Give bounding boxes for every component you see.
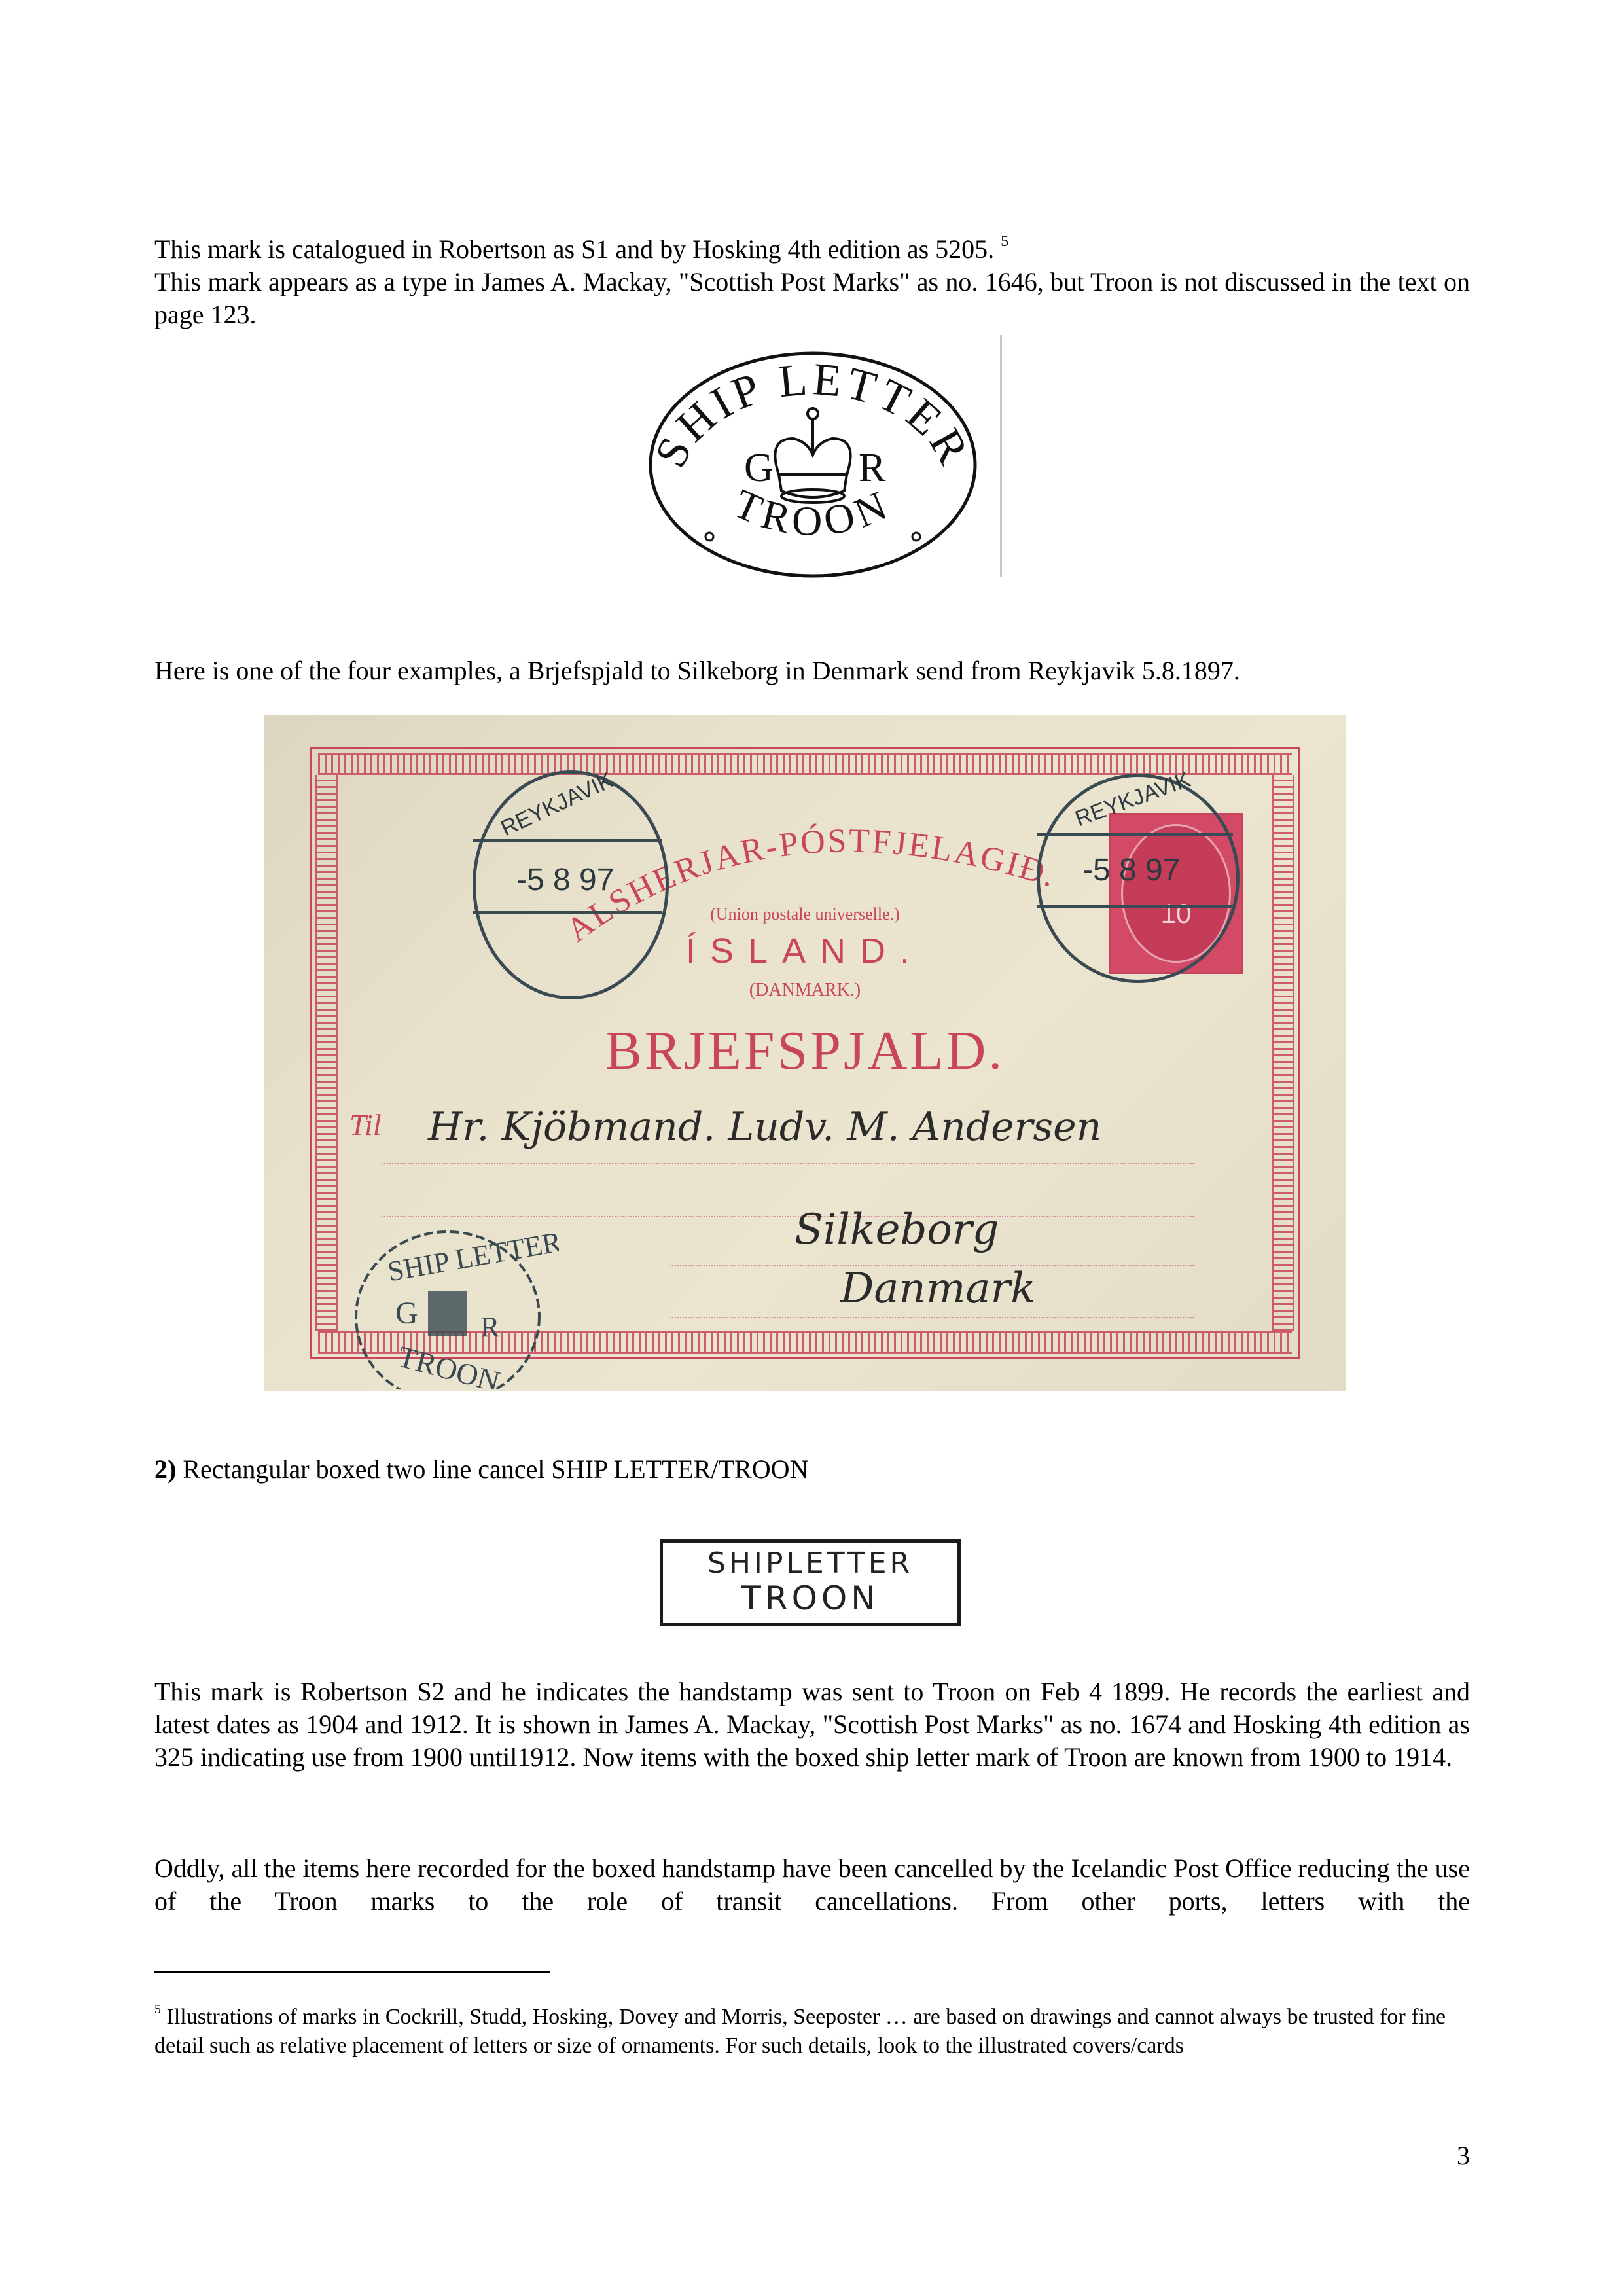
section-2-heading: 2) Rectangular boxed two line cancel SHI… (154, 1453, 1470, 1486)
robertson-s2-paragraph: This mark is Robertson S2 and he indicat… (154, 1676, 1470, 1774)
footnote-number: 5 (154, 2002, 161, 2017)
icelandic-cancel-paragraph: Oddly, all the items here recorded for t… (154, 1852, 1470, 1918)
example-paragraph: Here is one of the four examples, a Brje… (154, 655, 1470, 687)
postmark-bar (1037, 833, 1233, 836)
card-troon-bottom: TROON (395, 1340, 503, 1389)
card-troon-r: R (480, 1311, 500, 1343)
footnote-separator (154, 1971, 550, 1973)
intro-paragraph-line2: This mark appears as a type in James A. … (154, 266, 1470, 331)
handwritten-addressee: Hr. Kjöbmand. Ludv. M. Andersen (428, 1104, 1101, 1150)
oval-r: R (859, 446, 886, 490)
troon-oval-mark-on-card: SHIP LETTER G R TROON (349, 1219, 559, 1389)
address-rule-4 (670, 1317, 1194, 1318)
oval-g: G (744, 446, 774, 490)
intro-text: This mark is catalogued in Robertson as … (154, 234, 994, 264)
card-til-label: Til (349, 1107, 382, 1142)
section-title: Rectangular boxed two line cancel SHIP L… (183, 1454, 808, 1484)
footnote: 5 Illustrations of marks in Cockrill, St… (154, 2003, 1470, 2060)
card-troon-g: G (395, 1296, 418, 1331)
footnote-ref[interactable]: 5 (1001, 233, 1008, 250)
address-rule-2 (382, 1216, 1194, 1217)
card-subcountry: (DANMARK.) (264, 980, 1346, 1001)
handwritten-town: Silkeborg (794, 1206, 999, 1254)
intro-paragraph-line1: This mark is catalogued in Robertson as … (154, 233, 1470, 266)
postmark-bar (473, 839, 662, 842)
address-rule-1 (382, 1163, 1194, 1164)
section-number: 2) (154, 1454, 176, 1484)
boxed-ship-letter-mark: SHIPLETTER TROON (660, 1539, 961, 1626)
postmark-bar (473, 911, 662, 914)
postmark-date-left: -5 8 97 (516, 862, 614, 898)
boxed-mark-line2: TROON (663, 1581, 957, 1616)
footnote-text: Illustrations of marks in Cockrill, Stud… (154, 2005, 1446, 2058)
postmark-bar (1037, 905, 1233, 908)
crown-icon (428, 1291, 467, 1336)
boxed-mark-line1: SHIPLETTER (663, 1547, 957, 1581)
crown-icon (775, 408, 850, 503)
handwritten-country: Danmark (840, 1265, 1036, 1313)
image-divider (1000, 335, 1002, 577)
postcard-image: ALSHERJAR-PÓSTFJELAGIÐ. (Union postale u… (264, 715, 1346, 1391)
page-number: 3 (1457, 2140, 1470, 2171)
oval-ship-letter-mark: SHIP LETTER TROON G R (636, 340, 990, 583)
postmark-date-right: -5 8 97 (1082, 852, 1180, 888)
card-type-title: BRJEFSPJALD. (264, 1019, 1346, 1083)
